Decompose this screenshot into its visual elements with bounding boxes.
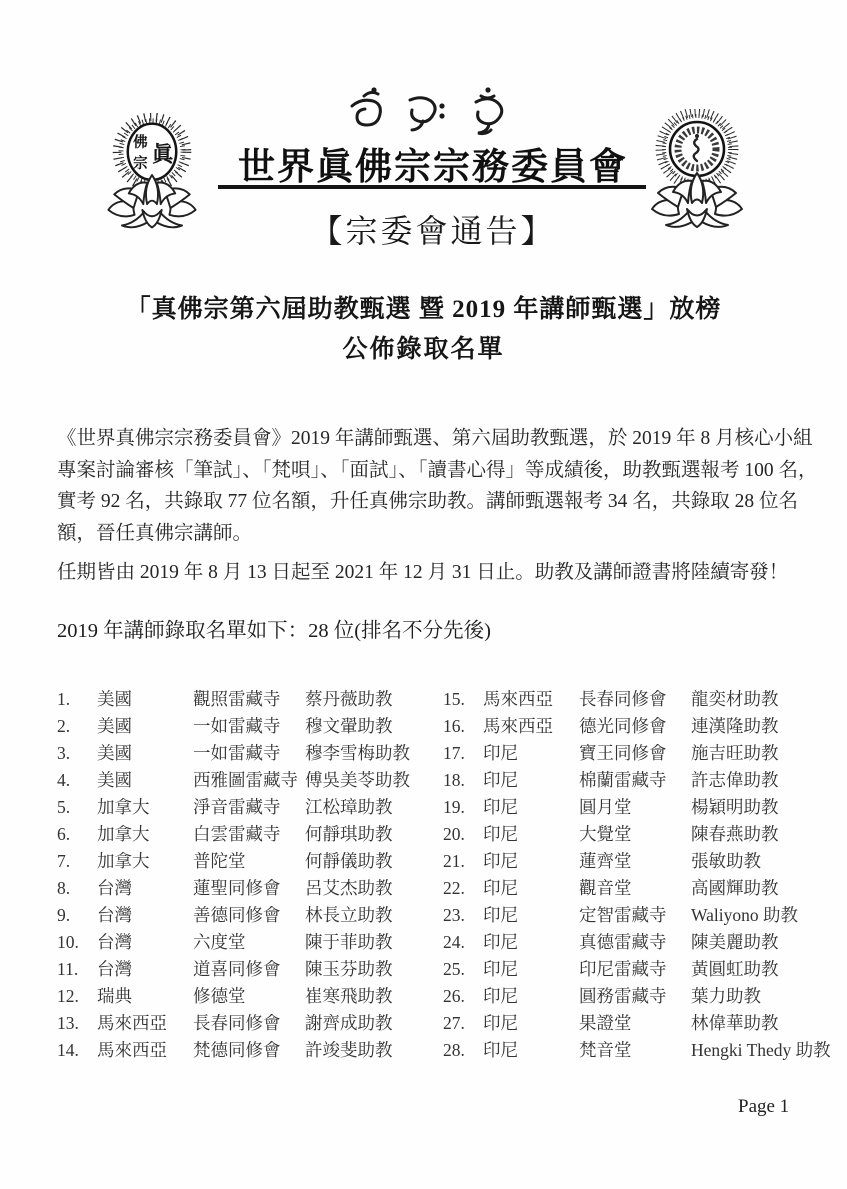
om-ah-hum-icon	[338, 84, 522, 138]
roster-row: 1.美國觀照雷藏寺蔡丹薇助教	[57, 686, 433, 713]
roster-row: 28.印尼梵音堂Hengki Thedy 助教	[443, 1037, 819, 1064]
roster-country: 印尼	[483, 1010, 579, 1037]
roster-no: 4.	[57, 767, 97, 794]
roster-no: 26.	[443, 983, 483, 1010]
roster-name: 陳于菲助教	[305, 929, 433, 956]
roster-name: 呂艾杰助教	[305, 875, 433, 902]
roster-country: 美國	[97, 713, 193, 740]
roster-temple: 善德同修會	[193, 902, 305, 929]
roster-row: 15.馬來西亞長春同修會龍奕材助教	[443, 686, 819, 713]
roster-name: Hengki Thedy 助教	[691, 1037, 831, 1064]
paragraph-line: 專案討論審核「筆試」、「梵唄」、「面試」、「讀書心得」等成績後，助教甄選報考 1…	[57, 455, 793, 487]
roster-row: 25.印尼印尼雷藏寺黃圓虹助教	[443, 956, 819, 983]
roster-country: 印尼	[483, 794, 579, 821]
roster-no: 25.	[443, 956, 483, 983]
roster-no: 28.	[443, 1037, 483, 1064]
roster-country: 馬來西亞	[97, 1010, 193, 1037]
paragraph-line: 實考 92 名，共錄取 77 位名額，升任真佛宗助教。講師甄選報考 34 名，共…	[57, 486, 793, 518]
roster-temple: 六度堂	[193, 929, 305, 956]
roster-country: 印尼	[483, 740, 579, 767]
roster-country: 加拿大	[97, 821, 193, 848]
roster-temple: 棉蘭雷藏寺	[579, 767, 691, 794]
roster-no: 1.	[57, 686, 97, 713]
roster-name: 葉力助教	[691, 983, 819, 1010]
roster-temple: 一如雷藏寺	[193, 740, 305, 767]
roster-temple: 印尼雷藏寺	[579, 956, 691, 983]
roster-name: 施吉旺助教	[691, 740, 819, 767]
roster-name: 黃圓虹助教	[691, 956, 819, 983]
roster-country: 印尼	[483, 929, 579, 956]
roster-temple: 觀照雷藏寺	[193, 686, 305, 713]
roster-no: 27.	[443, 1010, 483, 1037]
roster-no: 3.	[57, 740, 97, 767]
roster-column-right: 15.馬來西亞長春同修會龍奕材助教16.馬來西亞德光同修會連漢隆助教17.印尼寶…	[443, 686, 819, 1064]
roster-no: 24.	[443, 929, 483, 956]
roster-country: 印尼	[483, 902, 579, 929]
roster-row: 26.印尼圓務雷藏寺葉力助教	[443, 983, 819, 1010]
tibetan-script-seal-icon	[670, 122, 724, 176]
roster-no: 13.	[57, 1010, 97, 1037]
roster-name: 張敏助教	[691, 848, 819, 875]
roster-country: 瑞典	[97, 983, 193, 1010]
roster-temple: 蓮齊堂	[579, 848, 691, 875]
roster-name: 穆李雪梅助教	[305, 740, 433, 767]
roster-row: 11.台灣道喜同修會陳玉芬助教	[57, 956, 433, 983]
roster-no: 5.	[57, 794, 97, 821]
roster-country: 台灣	[97, 875, 193, 902]
roster-name: 許竣斐助教	[305, 1037, 433, 1064]
roster-country: 印尼	[483, 848, 579, 875]
roster-temple: 觀音堂	[579, 875, 691, 902]
roster-name: 楊穎明助教	[691, 794, 819, 821]
roster-no: 18.	[443, 767, 483, 794]
roster-temple: 圓月堂	[579, 794, 691, 821]
roster-country: 印尼	[483, 956, 579, 983]
mantra-glyphs	[352, 87, 502, 133]
roster-temple: 德光同修會	[579, 713, 691, 740]
roster-temple: 一如雷藏寺	[193, 713, 305, 740]
roster-country: 馬來西亞	[483, 713, 579, 740]
roster-country: 美國	[97, 767, 193, 794]
roster-name: 何靜儀助教	[305, 848, 433, 875]
title-underline	[218, 185, 646, 189]
announcement-title-line2: 公佈錄取名單	[40, 329, 807, 365]
roster-no: 12.	[57, 983, 97, 1010]
term-dates-line: 任期皆由 2019 年 8 月 13 日起至 2021 年 12 月 31 日止…	[57, 556, 793, 584]
roster-name: 林偉華助教	[691, 1010, 819, 1037]
lotus-seal-logo-left: 佛 宗 眞	[97, 113, 207, 239]
roster-no: 23.	[443, 902, 483, 929]
roster-country: 美國	[97, 740, 193, 767]
roster-row: 27.印尼果證堂林偉華助教	[443, 1010, 819, 1037]
seal-char-zong: 宗	[133, 154, 148, 172]
notice-tag: 【宗委會通告】	[203, 206, 663, 252]
roster-temple: 道喜同修會	[193, 956, 305, 983]
roster-column-left: 1.美國觀照雷藏寺蔡丹薇助教2.美國一如雷藏寺穆文翬助教3.美國一如雷藏寺穆李雪…	[57, 686, 433, 1064]
roster-country: 台灣	[97, 929, 193, 956]
seal-oval: 佛 宗 眞	[128, 124, 176, 180]
roster-row: 12.瑞典修德堂崔寒飛助教	[57, 983, 433, 1010]
page-number: Page 1	[738, 1096, 789, 1118]
roster-temple: 普陀堂	[193, 848, 305, 875]
roster-country: 台灣	[97, 902, 193, 929]
roster-country: 印尼	[483, 983, 579, 1010]
roster-row: 21.印尼蓮齊堂張敏助教	[443, 848, 819, 875]
announcement-title-line1: 「真佛宗第六屆助教甄選 暨 2019 年講師甄選」放榜	[40, 289, 807, 325]
roster-row: 7.加拿大普陀堂何靜儀助教	[57, 848, 433, 875]
roster-row: 17.印尼寶王同修會施吉旺助教	[443, 740, 819, 767]
roster-no: 10.	[57, 929, 97, 956]
roster-name: 何靜琪助教	[305, 821, 433, 848]
roster-name: 穆文翬助教	[305, 713, 433, 740]
roster-no: 9.	[57, 902, 97, 929]
roster-no: 16.	[443, 713, 483, 740]
roster-name: 傅吳美苓助教	[305, 767, 433, 794]
roster-temple: 寶王同修會	[579, 740, 691, 767]
org-name-title: 世界眞佛宗宗務委員會	[203, 136, 663, 190]
roster-name: 林長立助教	[305, 902, 433, 929]
roster-name: 高國輝助教	[691, 875, 819, 902]
roster-no: 14.	[57, 1037, 97, 1064]
roster-row: 2.美國一如雷藏寺穆文翬助教	[57, 713, 433, 740]
roster-no: 22.	[443, 875, 483, 902]
roster-row: 4.美國西雅圖雷藏寺傅吳美苓助教	[57, 767, 433, 794]
lotus-icon	[652, 173, 742, 227]
roster-row: 3.美國一如雷藏寺穆李雪梅助教	[57, 740, 433, 767]
roster-row: 22.印尼觀音堂高國輝助教	[443, 875, 819, 902]
roster-country: 馬來西亞	[483, 686, 579, 713]
roster-no: 7.	[57, 848, 97, 875]
roster-row: 14.馬來西亞梵德同修會許竣斐助教	[57, 1037, 433, 1064]
roster-row: 23.印尼定智雷藏寺Waliyono 助教	[443, 902, 819, 929]
roster-temple: 蓮聖同修會	[193, 875, 305, 902]
roster-name: 陳春燕助教	[691, 821, 819, 848]
roster-name: 謝齊成助教	[305, 1010, 433, 1037]
roster-name: 連漢隆助教	[691, 713, 819, 740]
roster-name: 江松璋助教	[305, 794, 433, 821]
roster-temple: 長春同修會	[193, 1010, 305, 1037]
roster-name: 龍奕材助教	[691, 686, 819, 713]
roster-country: 加拿大	[97, 848, 193, 875]
roster-no: 11.	[57, 956, 97, 983]
paragraph-line: 《世界真佛宗宗務委員會》2019 年講師甄選、第六屆助教甄選，於 2019 年 …	[57, 423, 793, 455]
roster-row: 9.台灣善德同修會林長立助教	[57, 902, 433, 929]
roster-row: 16.馬來西亞德光同修會連漢隆助教	[443, 713, 819, 740]
roster-country: 加拿大	[97, 794, 193, 821]
roster-temple: 梵音堂	[579, 1037, 691, 1064]
roster-no: 6.	[57, 821, 97, 848]
roster-temple: 白雲雷藏寺	[193, 821, 305, 848]
roster-country: 台灣	[97, 956, 193, 983]
document-page: 佛 宗 眞	[0, 0, 847, 1189]
roster-temple: 長春同修會	[579, 686, 691, 713]
roster-name: 崔寒飛助教	[305, 983, 433, 1010]
roster-no: 21.	[443, 848, 483, 875]
roster-temple: 大覺堂	[579, 821, 691, 848]
roster-temple: 圓務雷藏寺	[579, 983, 691, 1010]
roster-name: 陳玉芬助教	[305, 956, 433, 983]
body-paragraph: 《世界真佛宗宗務委員會》2019 年講師甄選、第六屆助教甄選，於 2019 年 …	[57, 423, 793, 549]
roster-row: 5.加拿大淨音雷藏寺江松璋助教	[57, 794, 433, 821]
roster-row: 13.馬來西亞長春同修會謝齊成助教	[57, 1010, 433, 1037]
roster-row: 10.台灣六度堂陳于菲助教	[57, 929, 433, 956]
roster-country: 馬來西亞	[97, 1037, 193, 1064]
seal-char-zhen: 眞	[152, 141, 175, 166]
roster-temple: 果證堂	[579, 1010, 691, 1037]
roster-no: 2.	[57, 713, 97, 740]
roster-country: 印尼	[483, 767, 579, 794]
roster-list-header: 2019 年講師錄取名單如下：28 位(排名不分先後)	[57, 613, 657, 643]
roster-row: 24.印尼真德雷藏寺陳美麗助教	[443, 929, 819, 956]
roster-temple: 淨音雷藏寺	[193, 794, 305, 821]
roster-row: 8.台灣蓮聖同修會呂艾杰助教	[57, 875, 433, 902]
roster-temple: 西雅圖雷藏寺	[193, 767, 305, 794]
roster-no: 19.	[443, 794, 483, 821]
roster-no: 8.	[57, 875, 97, 902]
roster-temple: 修德堂	[193, 983, 305, 1010]
roster-name: 陳美麗助教	[691, 929, 819, 956]
lotus-icon	[108, 175, 195, 227]
roster-name: 許志偉助教	[691, 767, 819, 794]
roster-name: Waliyono 助教	[691, 902, 819, 929]
roster-temple: 梵德同修會	[193, 1037, 305, 1064]
roster-country: 印尼	[483, 1037, 579, 1064]
roster-row: 18.印尼棉蘭雷藏寺許志偉助教	[443, 767, 819, 794]
roster-no: 15.	[443, 686, 483, 713]
roster-name: 蔡丹薇助教	[305, 686, 433, 713]
roster-row: 20.印尼大覺堂陳春燕助教	[443, 821, 819, 848]
roster-no: 17.	[443, 740, 483, 767]
roster-temple: 真德雷藏寺	[579, 929, 691, 956]
roster-country: 印尼	[483, 821, 579, 848]
roster-row: 6.加拿大白雲雷藏寺何靜琪助教	[57, 821, 433, 848]
roster-country: 美國	[97, 686, 193, 713]
roster-temple: 定智雷藏寺	[579, 902, 691, 929]
roster-no: 20.	[443, 821, 483, 848]
paragraph-line: 額，晉任真佛宗講師。	[57, 518, 793, 550]
seal-char-fo: 佛	[133, 133, 148, 151]
roster-country: 印尼	[483, 875, 579, 902]
roster-row: 19.印尼圓月堂楊穎明助教	[443, 794, 819, 821]
